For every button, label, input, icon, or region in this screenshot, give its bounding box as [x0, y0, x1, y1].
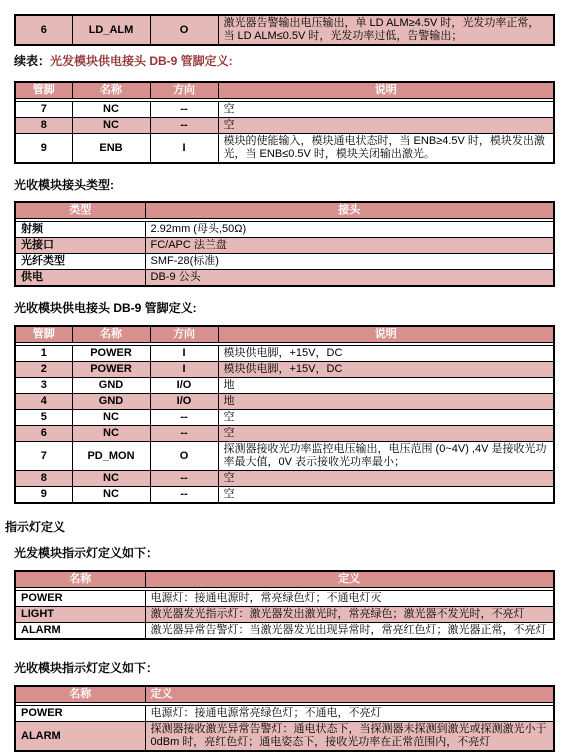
desc-cell: 空	[218, 487, 553, 503]
document-page: 6 LD_ALM O 激光器告警输出电压输出，单 LD ALM≥4.5V 时，光…	[0, 0, 569, 752]
table-row-pin7: 7 PD_MON O 探测器接收光功率监控电压输出，电压范围 (0~4V) ,4…	[16, 442, 553, 471]
header-row: 管脚 名称 方向 说明	[16, 83, 553, 99]
name-cell: GND	[72, 378, 150, 394]
col-header-connector: 接头	[145, 203, 553, 219]
tx-pin-heading-text: 光发模块供电接头 DB-9 管脚定义:	[50, 54, 233, 68]
name-cell: GND	[72, 394, 150, 410]
led-name-cell: ALARM	[16, 623, 145, 639]
table-row-power-led: POWER 电源灯：接通电源时，常亮绿色灯；不通电灯灭	[16, 591, 553, 607]
col-header-pin: 管脚	[16, 83, 72, 99]
tx-led-table-wrap: 名称 定义 POWER 电源灯：接通电源时，常亮绿色灯；不通电灯灭 LIGHT …	[14, 570, 555, 640]
pin-cell: 9	[16, 134, 72, 163]
pin-cell: 8	[16, 118, 72, 134]
name-cell: POWER	[72, 346, 150, 362]
dir-cell: --	[150, 102, 218, 118]
desc-cell: 探测器接收光功率监控电压输出，电压范围 (0~4V) ,4V 是接收光功率最大值…	[218, 442, 553, 471]
table-row-pin1: 1 POWER I 模块供电脚，+15V，DC	[16, 346, 553, 362]
led-def-cell: 电源灯：接通电源常亮绿色灯；不通电，不亮灯	[145, 706, 553, 722]
name-cell: ENB	[72, 134, 150, 163]
table-row-fiber-type: 光纤类型 SMF-28(标准)	[16, 254, 553, 270]
table-row-power-supply: 供电 DB-9 公头	[16, 270, 553, 286]
col-header-definition: 定义	[145, 687, 553, 703]
name-cell: NC	[72, 426, 150, 442]
col-header-name: 名称	[72, 83, 150, 99]
dir-cell: --	[150, 410, 218, 426]
dir-cell: --	[150, 426, 218, 442]
table-row-light-led: LIGHT 激光器发光指示灯：激光器发出激光时，常亮绿色；激光器不发光时，不亮灯	[16, 607, 553, 623]
name-cell: NC	[72, 410, 150, 426]
rx-pin-table-wrap: 管脚 名称 方向 说明 1 POWER I 模块供电脚，+15V，DC 2 PO…	[14, 325, 555, 504]
tx-pin-table: 管脚 名称 方向 说明 7 NC -- 空 8 NC -- 空 9 ENB I	[16, 83, 553, 162]
tx-led-table: 名称 定义 POWER 电源灯：接通电源时，常亮绿色灯；不通电灯灭 LIGHT …	[16, 572, 553, 638]
type-cell: 光接口	[16, 238, 145, 254]
led-name-cell: LIGHT	[16, 607, 145, 623]
table-row-pin8: 8 NC -- 空	[16, 118, 553, 134]
desc-cell: 地	[218, 378, 553, 394]
rx-pin-heading: 光收模块供电接头 DB-9 管脚定义:	[14, 301, 555, 315]
name-cell: NC	[72, 471, 150, 487]
col-header-desc: 说明	[218, 327, 553, 343]
led-name-cell: POWER	[16, 706, 145, 722]
name-cell: NC	[72, 102, 150, 118]
col-header-name: 名称	[16, 687, 145, 703]
desc-cell: 空	[218, 426, 553, 442]
col-header-name: 名称	[16, 572, 145, 588]
col-header-name: 名称	[72, 327, 150, 343]
table-row-pin3: 3 GND I/O 地	[16, 378, 553, 394]
header-row: 名称 定义	[16, 572, 553, 588]
dir-cell: I	[150, 362, 218, 378]
dir-cell: O	[150, 16, 218, 44]
dir-cell: --	[150, 471, 218, 487]
pin-cell: 2	[16, 362, 72, 378]
desc-cell: 激光器告警输出电压输出，单 LD ALM≥4.5V 时，光发功率正常，当 LD …	[218, 16, 553, 44]
col-header-dir: 方向	[150, 327, 218, 343]
col-header-dir: 方向	[150, 83, 218, 99]
type-cell: 光纤类型	[16, 254, 145, 270]
pin-cell: 1	[16, 346, 72, 362]
dir-cell: I	[150, 134, 218, 163]
pin-cell: 9	[16, 487, 72, 503]
table-row-pin6: 6 NC -- 空	[16, 426, 553, 442]
desc-cell: 模块供电脚，+15V，DC	[218, 346, 553, 362]
rx-connector-table-wrap: 类型 接头 射频 2.92mm (母头,50Ω) 光接口 FC/APC 法兰盘 …	[14, 201, 555, 287]
led-def-cell: 探测器接收激光异常告警灯：通电状态下，当探测器未探测到激光或探测激光小于 0dB…	[145, 722, 553, 751]
connector-cell: DB-9 公头	[145, 270, 553, 286]
desc-cell: 模块供电脚，+15V，DC	[218, 362, 553, 378]
tx-pin-continued-heading: 续表：光发模块供电接头 DB-9 管脚定义:	[14, 54, 555, 68]
dir-cell: --	[150, 487, 218, 503]
table-row-alarm-led: ALARM 激光器异常告警灯：当激光器发光出现异常时，常亮红色灯；激光器正常，不…	[16, 623, 553, 639]
dir-cell: I/O	[150, 394, 218, 410]
table-row-rf: 射频 2.92mm (母头,50Ω)	[16, 222, 553, 238]
rx-led-heading: 光收模块指示灯定义如下：	[14, 661, 555, 675]
led-def-cell: 激光器发光指示灯：激光器发出激光时，常亮绿色；激光器不发光时，不亮灯	[145, 607, 553, 623]
tx-pin-table-continued: 6 LD_ALM O 激光器告警输出电压输出，单 LD ALM≥4.5V 时，光…	[16, 16, 553, 44]
dir-cell: --	[150, 118, 218, 134]
col-header-desc: 说明	[218, 83, 553, 99]
continued-label: 续表：	[14, 54, 50, 68]
desc-cell: 模块的使能输入，模块通电状态时，当 ENB≥4.5V 时，模块发出激光，当 EN…	[218, 134, 553, 163]
name-cell: NC	[72, 118, 150, 134]
led-def-cell: 激光器异常告警灯：当激光器发光出现异常时，常亮红色灯；激光器正常，不亮灯	[145, 623, 553, 639]
header-row: 名称 定义	[16, 687, 553, 703]
connector-cell: SMF-28(标准)	[145, 254, 553, 270]
indicator-section-heading: 指示灯定义	[5, 520, 555, 534]
pin-cell: 3	[16, 378, 72, 394]
rx-connector-heading: 光收模块接头类型:	[14, 178, 555, 192]
table-row-optical-port: 光接口 FC/APC 法兰盘	[16, 238, 553, 254]
type-cell: 供电	[16, 270, 145, 286]
pin-cell: 6	[16, 426, 72, 442]
desc-cell: 空	[218, 471, 553, 487]
table-row-pin9: 9 ENB I 模块的使能输入，模块通电状态时，当 ENB≥4.5V 时，模块发…	[16, 134, 553, 163]
led-name-cell: POWER	[16, 591, 145, 607]
table-row-alarm-led: ALARM 探测器接收激光异常告警灯：通电状态下，当探测器未探测到激光或探测激光…	[16, 722, 553, 751]
table-row-pin9: 9 NC -- 空	[16, 487, 553, 503]
dir-cell: I	[150, 346, 218, 362]
pin-cell: 6	[16, 16, 72, 44]
tx-pin-table-continued-top: 6 LD_ALM O 激光器告警输出电压输出，单 LD ALM≥4.5V 时，光…	[14, 14, 555, 46]
header-row: 管脚 名称 方向 说明	[16, 327, 553, 343]
led-name-cell: ALARM	[16, 722, 145, 751]
table-row-pin6: 6 LD_ALM O 激光器告警输出电压输出，单 LD ALM≥4.5V 时，光…	[16, 16, 553, 44]
rx-connector-table: 类型 接头 射频 2.92mm (母头,50Ω) 光接口 FC/APC 法兰盘 …	[16, 203, 553, 285]
tx-pin-table-wrap: 管脚 名称 方向 说明 7 NC -- 空 8 NC -- 空 9 ENB I	[14, 81, 555, 164]
connector-cell: FC/APC 法兰盘	[145, 238, 553, 254]
desc-cell: 空	[218, 410, 553, 426]
header-row: 类型 接头	[16, 203, 553, 219]
name-cell: PD_MON	[72, 442, 150, 471]
table-row-pin7: 7 NC -- 空	[16, 102, 553, 118]
table-row-pin2: 2 POWER I 模块供电脚，+15V，DC	[16, 362, 553, 378]
rx-led-table: 名称 定义 POWER 电源灯：接通电源常亮绿色灯；不通电，不亮灯 ALARM …	[16, 687, 553, 750]
name-cell: LD_ALM	[72, 16, 150, 44]
dir-cell: I/O	[150, 378, 218, 394]
pin-cell: 7	[16, 102, 72, 118]
pin-cell: 5	[16, 410, 72, 426]
rx-pin-table: 管脚 名称 方向 说明 1 POWER I 模块供电脚，+15V，DC 2 PO…	[16, 327, 553, 502]
name-cell: NC	[72, 487, 150, 503]
col-header-definition: 定义	[145, 572, 553, 588]
desc-cell: 地	[218, 394, 553, 410]
col-header-pin: 管脚	[16, 327, 72, 343]
table-row-pin4: 4 GND I/O 地	[16, 394, 553, 410]
tx-led-heading: 光发模块指示灯定义如下：	[14, 546, 555, 560]
col-header-type: 类型	[16, 203, 145, 219]
desc-cell: 空	[218, 102, 553, 118]
led-def-cell: 电源灯：接通电源时，常亮绿色灯；不通电灯灭	[145, 591, 553, 607]
connector-cell: 2.92mm (母头,50Ω)	[145, 222, 553, 238]
table-row-pin8: 8 NC -- 空	[16, 471, 553, 487]
pin-cell: 7	[16, 442, 72, 471]
rx-led-table-wrap: 名称 定义 POWER 电源灯：接通电源常亮绿色灯；不通电，不亮灯 ALARM …	[14, 685, 555, 752]
pin-cell: 4	[16, 394, 72, 410]
name-cell: POWER	[72, 362, 150, 378]
dir-cell: O	[150, 442, 218, 471]
table-row-pin5: 5 NC -- 空	[16, 410, 553, 426]
type-cell: 射频	[16, 222, 145, 238]
pin-cell: 8	[16, 471, 72, 487]
desc-cell: 空	[218, 118, 553, 134]
table-row-power-led: POWER 电源灯：接通电源常亮绿色灯；不通电，不亮灯	[16, 706, 553, 722]
